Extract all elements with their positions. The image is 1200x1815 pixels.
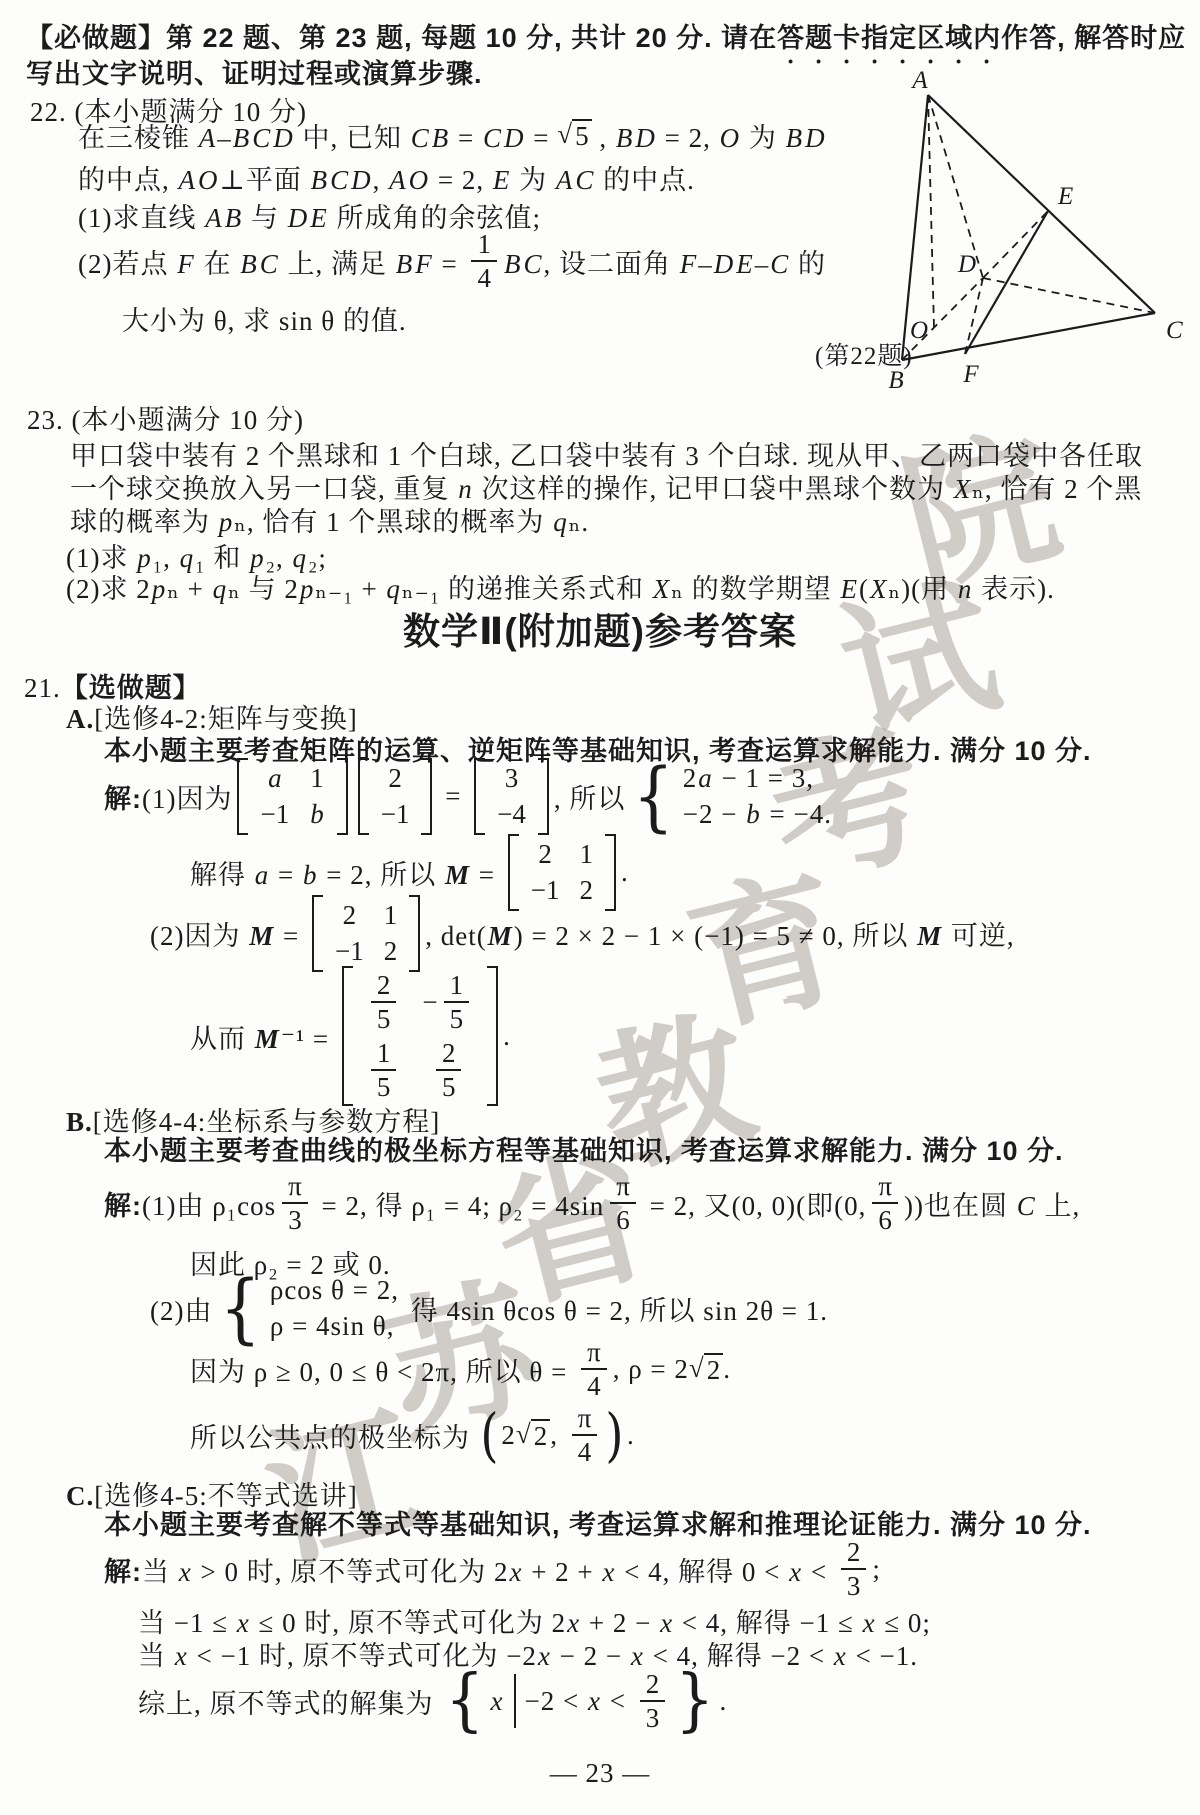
matrix-cell: −1 xyxy=(335,936,364,967)
secC-tag: C. xyxy=(66,1481,94,1511)
secC-s4b: −2 < x < xyxy=(525,1686,634,1717)
close-paren: ) xyxy=(606,1406,625,1464)
fraction-pi-4: π4 xyxy=(572,1404,598,1467)
set-variable: x xyxy=(490,1686,505,1717)
close-brace: } xyxy=(675,1667,715,1735)
secB-intro: 本小题主要考查曲线的极坐标方程等基础知识, 考查运算求解能力. 满分 10 分. xyxy=(104,1129,1064,1168)
radicand: 5 xyxy=(572,119,592,151)
q22-item-2: (2)若点 F 在 BC 上, 满足 BF = 14BC, 设二面角 F–DE–… xyxy=(78,230,826,292)
matrix-cell: 3 xyxy=(505,763,519,794)
matrix-cell: 2 xyxy=(384,936,398,967)
matrix-M-inverse: 25 −15 15 25 xyxy=(342,966,498,1106)
matrix-cell: −1 xyxy=(381,799,410,830)
secC-solution-4: 综上, 原不等式的解集为 { x −2 < x < 23 } . xyxy=(138,1663,727,1739)
secB-s4b: , ρ = 2 xyxy=(613,1354,689,1385)
secB-solution-5: 所以公共点的极坐标为 ( 2√2 , π4 ) . xyxy=(190,1399,635,1471)
system-row: 2a − 1 = 3, xyxy=(683,763,832,794)
notice-line-2: 写出文字说明、证明过程或演算步骤. xyxy=(26,52,483,91)
secB-s4a: 因为 ρ ≥ 0, 0 ≤ θ < 2π, 所以 θ = xyxy=(190,1350,575,1389)
secA-s3b: , det(M) = 2 × 2 − 1 × (−1) = 5 ≠ 0, 所以 … xyxy=(425,914,1014,953)
equals: = xyxy=(437,781,469,812)
matrix-cell: 2 xyxy=(538,839,552,870)
matrix-cell: −15 xyxy=(422,971,475,1034)
q22-line-1: 在三棱锥 A–BCD 中, 已知 CB = CD = √5 , BD = 2, … xyxy=(78,116,827,155)
matrix-cell: −4 xyxy=(497,799,526,830)
secB-s1e: ))也在圆 C 上, xyxy=(904,1184,1080,1223)
matrix-cell: b xyxy=(309,799,325,830)
secA-s2a: 解得 a = b = 2, 所以 M = xyxy=(190,853,503,892)
secA-s3a: (2)因为 M = xyxy=(150,914,307,953)
page-number: — 23 — xyxy=(0,1758,1200,1789)
q23-number: 23. xyxy=(27,405,64,435)
sqrt-2: √2 xyxy=(689,1353,723,1385)
secB-tag: B. xyxy=(66,1107,93,1137)
secC-s4a: 综上, 原不等式的解集为 xyxy=(138,1682,441,1721)
radicand: 2 xyxy=(704,1353,724,1385)
comma: , xyxy=(550,1420,566,1451)
secB-solution-1: 解:(1)由 ρ₁cos π3 = 2, 得 ρ₁ = 4; ρ₂ = 4sin… xyxy=(104,1171,1080,1235)
fraction-pi-4: π4 xyxy=(581,1338,607,1401)
matrix-cell: 25 xyxy=(430,1039,468,1102)
period: . xyxy=(723,1354,731,1385)
radicand: 2 xyxy=(531,1419,551,1451)
vector-x: 2−1 xyxy=(358,758,433,835)
secA-s4a: 从而 M⁻¹ = xyxy=(190,1017,337,1056)
q22-l1a: 在三棱锥 A–BCD 中, 已知 CB = CD = xyxy=(78,116,557,155)
matrix-cell: 25 xyxy=(365,971,403,1034)
period: . xyxy=(627,1420,635,1451)
label-F: F xyxy=(962,361,979,388)
secB-s5a: 所以公共点的极坐标为 xyxy=(190,1416,478,1455)
secB-solution-4: 因为 ρ ≥ 0, 0 ≤ θ < 2π, 所以 θ = π4 , ρ = 2 … xyxy=(190,1337,731,1401)
sqrt-5: √5 xyxy=(557,119,591,151)
radical-sign: √ xyxy=(516,1419,531,1449)
solve-label: 解: xyxy=(104,1550,142,1589)
fraction-2-3: 23 xyxy=(640,1670,666,1733)
sqrt-2: √2 xyxy=(516,1419,550,1451)
secB-s3a: (2)由 xyxy=(150,1289,212,1328)
notice-emphasized: 答题卡指定区域内 xyxy=(777,23,1001,53)
matrix-cell: 2 xyxy=(388,763,402,794)
q22-number: 22. xyxy=(30,97,67,127)
radical-sign: √ xyxy=(689,1353,704,1383)
numerator: 1 xyxy=(471,230,497,262)
fraction-1-4: 14 xyxy=(471,230,497,293)
matrix-M: 21−12 xyxy=(312,895,420,972)
brace: { xyxy=(220,1277,262,1339)
matrix-cell: 1 xyxy=(579,839,593,870)
q23-heading: 23. (本小题满分 10 分) xyxy=(27,398,304,437)
secB-s1c: = 2, 得 ρ₁ = 4; ρ₂ = 4sin xyxy=(314,1184,604,1223)
secA-solution-1: 解:(1)因为 a1−1b 2−1 = 3−4 , 所以 {2a − 1 = 3… xyxy=(104,760,836,832)
system-row: −2 − b = −4. xyxy=(683,799,832,830)
q22-line-2: 的中点, AO⊥平面 BCD, AO = 2, E 为 AC 的中点. xyxy=(78,158,695,197)
coefficient: 2 xyxy=(501,1420,516,1451)
q22-i2a: (2)若点 F 在 BC 上, 满足 BF = xyxy=(78,242,465,281)
q21-number: 21. xyxy=(24,673,61,703)
open-paren: ( xyxy=(480,1406,499,1464)
label-A: A xyxy=(910,67,928,94)
vector-y: 3−4 xyxy=(474,758,549,835)
q23-line-3: 球的概率为 pₙ, 恰有 1 个黑球的概率为 qₙ. xyxy=(70,500,589,539)
secC-s1b: 当 x > 0 时, 原不等式可化为 2x + 2 + x < 4, 解得 0 … xyxy=(142,1550,835,1589)
document-page: 院试考育教省苏江 【必做题】第 22 题、第 23 题, 每题 10 分, 共计… xyxy=(0,0,1200,1815)
matrix-cell: 1 xyxy=(310,763,324,794)
equation-system: {ρcos θ = 2,ρ = 4sin θ, xyxy=(216,1275,398,1342)
label-C: C xyxy=(1166,317,1183,344)
matrix-A: a1−1b xyxy=(237,758,347,835)
secB-s1d: = 2, 又(0, 0)(即(0, xyxy=(642,1184,866,1223)
secA-solution-4: 从而 M⁻¹ = 25 −15 15 25 . xyxy=(190,968,511,1104)
notice-post: 作答, 解答时应 xyxy=(1001,23,1186,53)
solve-label: 解: xyxy=(104,777,142,816)
denominator: 4 xyxy=(471,262,497,292)
label-D: D xyxy=(957,251,976,278)
secB-s3b: 得 4sin θcos θ = 2, 所以 sin 2θ = 1. xyxy=(403,1289,828,1328)
secB-s1b: (1)由 ρ₁cos xyxy=(142,1184,276,1223)
system-row: ρcos θ = 2, xyxy=(270,1275,399,1306)
label-E: E xyxy=(1057,183,1073,210)
matrix-cell: 15 xyxy=(365,1039,403,1102)
matrix-cell: 2 xyxy=(343,900,357,931)
secA-s1b: (1)因为 xyxy=(142,777,232,816)
matrix-cell: a xyxy=(267,763,283,794)
secA-s1c: , 所以 xyxy=(554,777,626,816)
solve-label: 解: xyxy=(104,1184,142,1223)
brace: { xyxy=(633,765,675,827)
secA-solution-3: (2)因为 M = 21−12 , det(M) = 2 × 2 − 1 × (… xyxy=(150,897,1015,969)
set-divider xyxy=(514,1674,516,1728)
notice-pre: 【必做题】第 22 题、第 23 题, 每题 10 分, 共计 20 分. 请在 xyxy=(26,23,777,53)
secC-solution-1: 解:当 x > 0 时, 原不等式可化为 2x + 2 + x < 4, 解得 … xyxy=(104,1534,881,1604)
open-brace: { xyxy=(445,1667,485,1735)
secA-tag: A. xyxy=(66,704,94,734)
period: . xyxy=(621,857,629,888)
period: . xyxy=(503,1021,511,1052)
q22-item-2-cont: 大小为 θ, 求 sin θ 的值. xyxy=(122,299,407,338)
period: . xyxy=(719,1686,727,1717)
equation-system: {2a − 1 = 3,−2 − b = −4. xyxy=(629,763,832,830)
fraction-2-3: 23 xyxy=(841,1538,867,1601)
radical-sign: √ xyxy=(557,119,572,149)
fraction-pi-3: π3 xyxy=(282,1172,308,1235)
answer-section-title: 数学Ⅱ(附加题)参考答案 xyxy=(0,601,1200,655)
q22-figure: A B C D E O F (第22题) xyxy=(770,66,1200,398)
q23-score: (本小题满分 10 分) xyxy=(72,405,304,435)
figure-caption: (第22题) xyxy=(815,336,913,372)
semicolon: ; xyxy=(872,1554,881,1585)
fraction-pi-6: π6 xyxy=(872,1172,898,1235)
matrix-cell: 1 xyxy=(384,900,398,931)
matrix-cell: −1 xyxy=(260,799,289,830)
fraction-pi-6: π6 xyxy=(610,1172,636,1235)
